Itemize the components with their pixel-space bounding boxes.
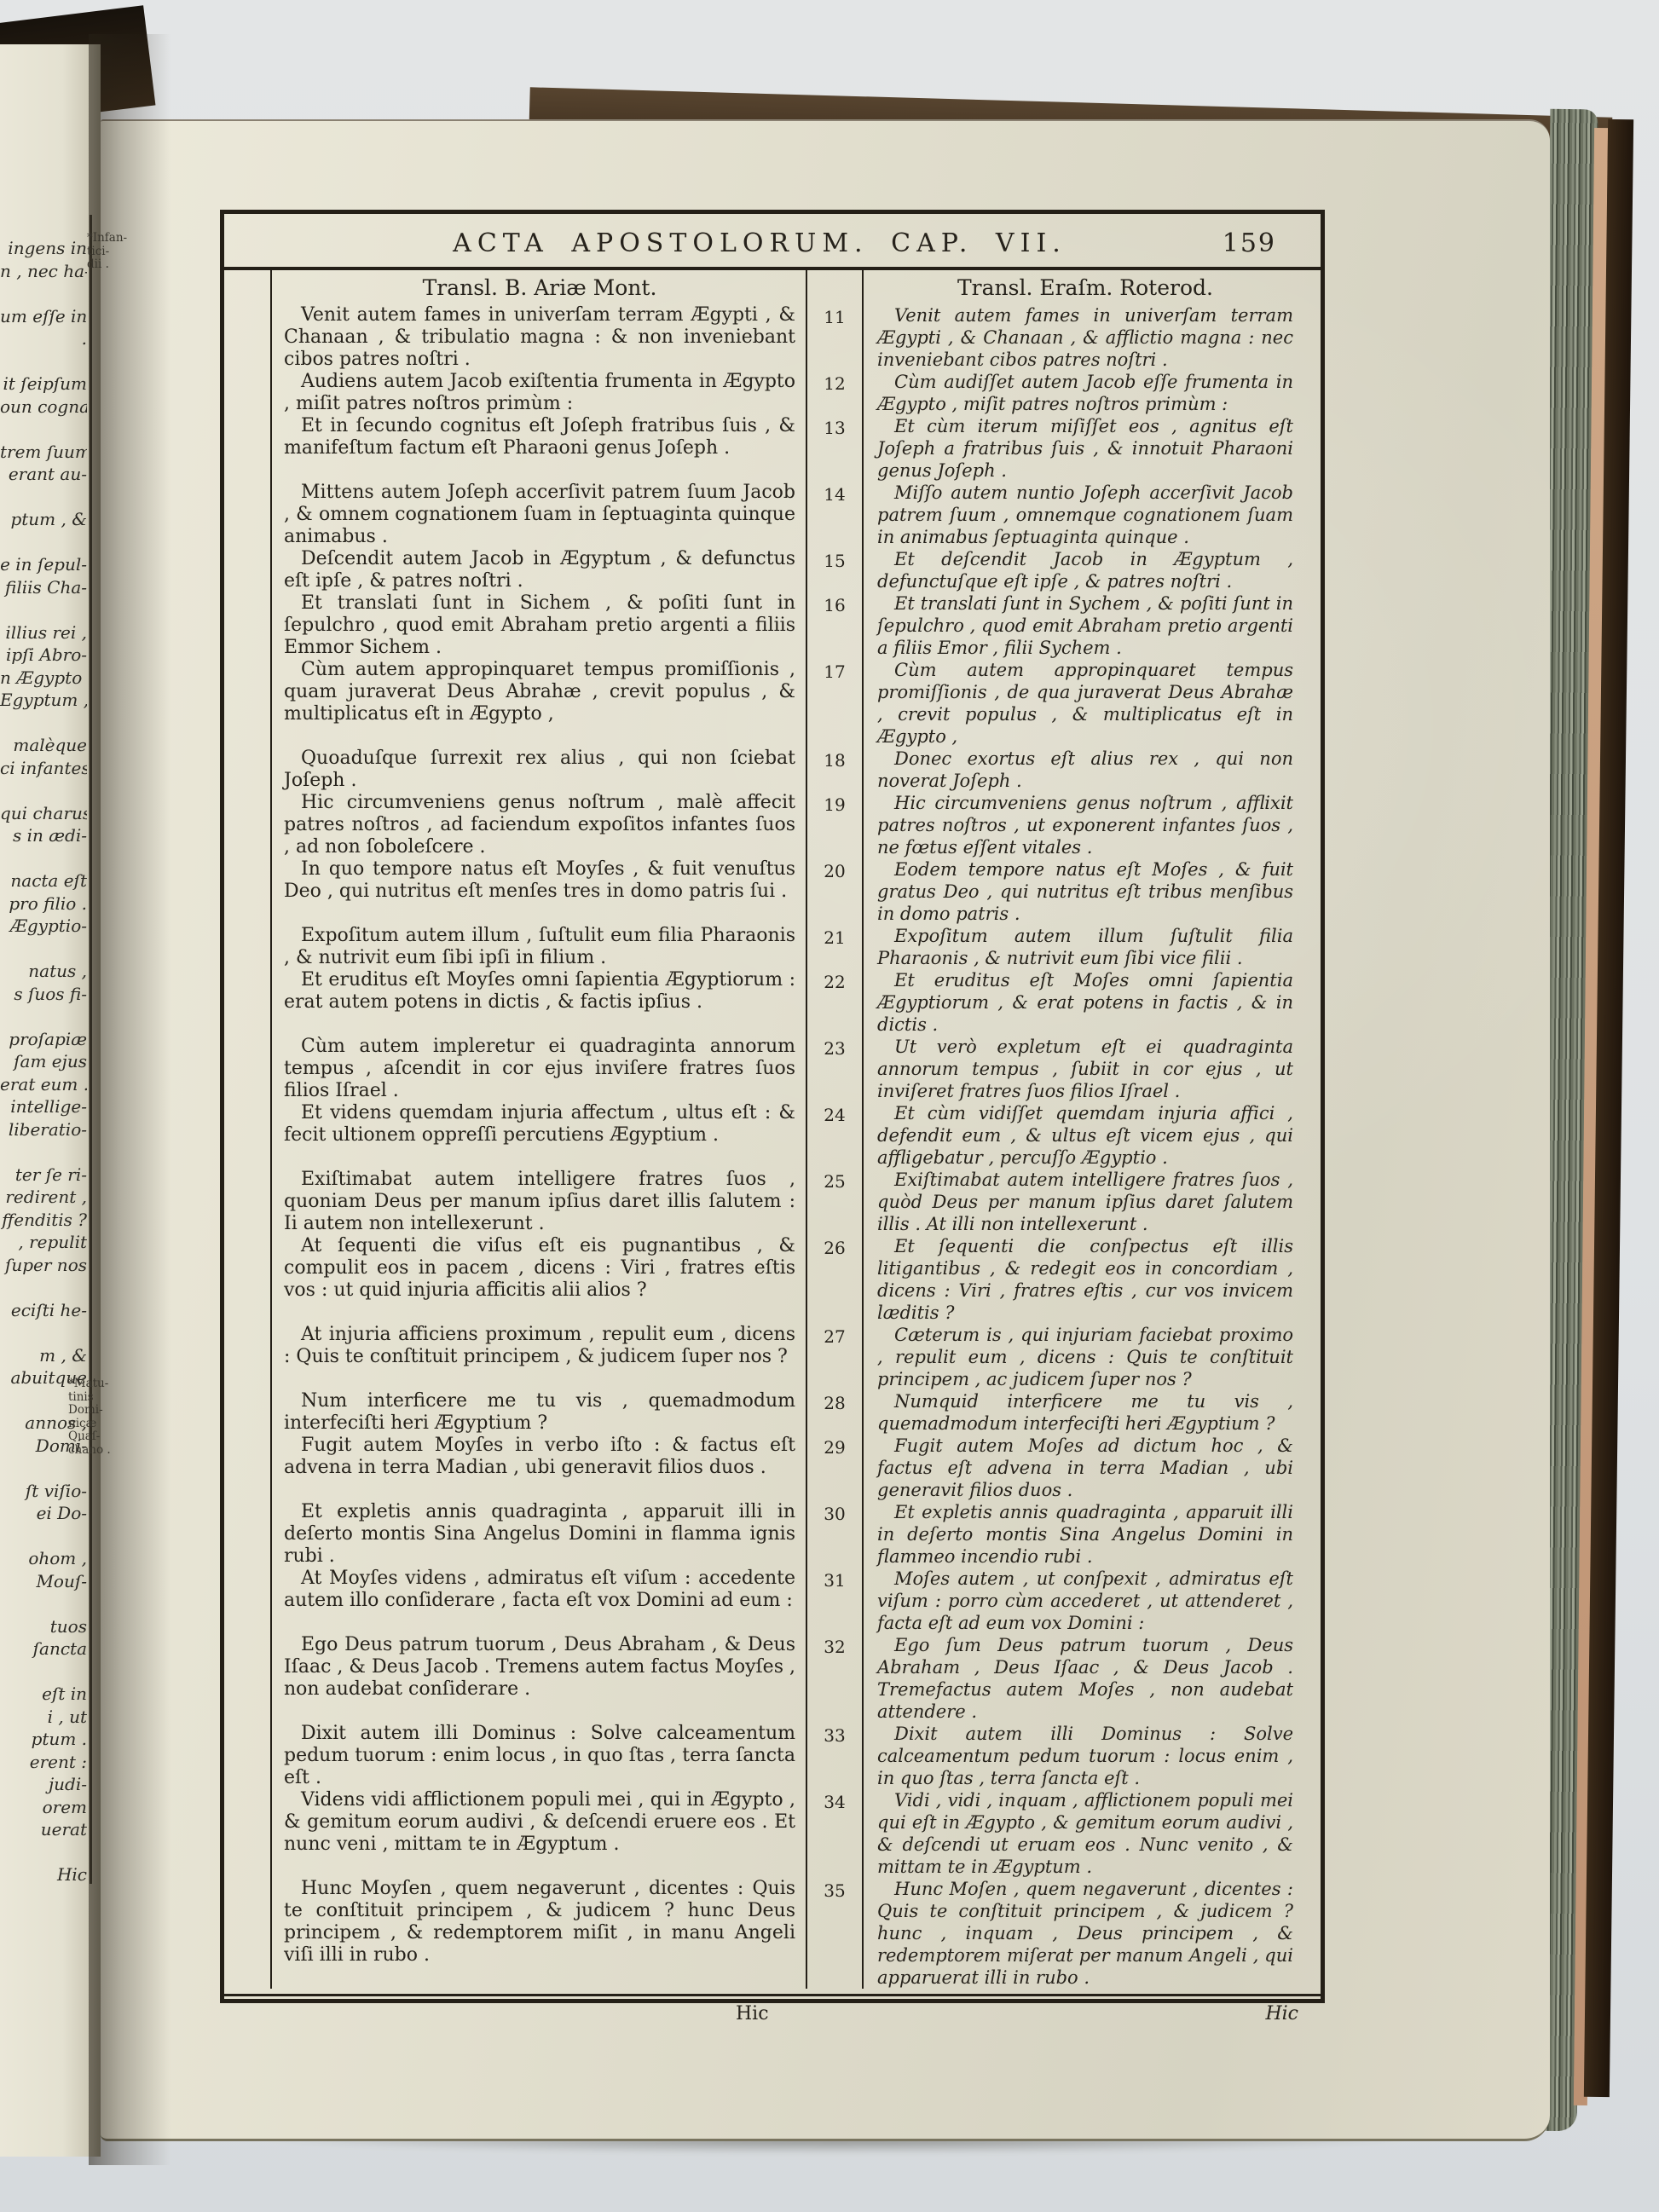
- verse-left-text: Cùm autem impleretur ei quadraginta anno…: [224, 1036, 807, 1102]
- verse-right-text: Cùm audiſſet autem Jacob eſſe frumenta i…: [864, 371, 1309, 415]
- left-column-heading: Transl. B. Ariæ Mont.: [224, 270, 807, 304]
- verse-number: 35: [807, 1878, 864, 1989]
- facing-page-fragment: n Ægypto ,: [0, 667, 87, 690]
- book-photo-scene: ingens inn , nec ha- um eſſe in. it ſeip…: [0, 0, 1659, 2212]
- facing-page-fragment: e in ſepul-: [0, 553, 87, 576]
- facing-page-fragment: ei Do-: [0, 1502, 87, 1525]
- verse-number: 16: [807, 592, 864, 659]
- facing-page-fragment: [0, 847, 87, 870]
- verse-right-text: Et cùm iterum miſiſſet eos , agnitus eſt…: [864, 415, 1309, 482]
- verse-number: 19: [807, 792, 864, 858]
- facing-page-fragment: s in ædi-: [0, 824, 87, 847]
- verse-left-text: In quo tempore natus eſt Moyſes , & fuit…: [224, 858, 807, 925]
- verse-right-text: Et deſcendit Jacob in Ægyptum , defunctu…: [864, 548, 1309, 592]
- facing-page-fragment: [0, 1141, 87, 1164]
- facing-page-fragment: illius rei ,: [0, 621, 87, 644]
- margin-note-line: Quaſ-: [68, 1430, 111, 1444]
- verse-number: 34: [807, 1789, 864, 1878]
- verse-right-text: Miſſo autem nuntio Joſeph accerſivit Jac…: [864, 482, 1309, 548]
- verse-number: 15: [807, 548, 864, 592]
- parallel-columns: Transl. B. Ariæ Mont. Transl. Eraſm. Rot…: [224, 270, 1321, 1989]
- facing-page-fragment: judi-: [0, 1773, 87, 1796]
- verse-left-text: Mittens autem Joſeph accerſivit patrem ſ…: [224, 482, 807, 548]
- facing-page-fragment: s ſuos fi-: [0, 983, 87, 1006]
- page-number: 159: [1193, 228, 1321, 258]
- facing-page-fragment: ptum , &: [0, 508, 87, 531]
- facing-page-fragment: [0, 1660, 87, 1684]
- verse-left-text: Quoaduſque ſurrexit rex alius , qui non …: [224, 748, 807, 792]
- facing-page-fragment: Egyptum ,: [0, 689, 87, 712]
- facing-page-fragment: qui charus: [0, 802, 87, 825]
- verse-right-text: Dixit autem illi Dominus : Solve calceam…: [864, 1723, 1309, 1789]
- facing-page-fragment: [0, 1276, 87, 1299]
- verse-left-text: Fugit autem Moyſes in verbo iſto : & fac…: [224, 1435, 807, 1501]
- facing-page-fragment: Mouſ-: [0, 1570, 87, 1593]
- verse-left-text: Et videns quemdam injuria affectum , ult…: [224, 1102, 807, 1169]
- facing-page-fragment: ohom ,: [0, 1547, 87, 1570]
- facing-page-sliver: ingens inn , nec ha- um eſſe in. it ſeip…: [0, 44, 101, 2157]
- facing-page-fragment: eſt in: [0, 1683, 87, 1706]
- verse-left-text: At Moyſes videns , admiratus eſt viſum :…: [224, 1568, 807, 1634]
- verse-number: 32: [807, 1634, 864, 1723]
- facing-page-text-fragments: ingens inn , nec ha- um eſſe in. it ſeip…: [0, 237, 87, 1886]
- margin-note-line: *Infan-: [87, 232, 127, 245]
- verse-right-text: Et eruditus eſt Moſes omni ſapientia Ægy…: [864, 969, 1309, 1036]
- verse-number: 24: [807, 1102, 864, 1169]
- facing-page-fragment: um eſſe in: [0, 305, 87, 328]
- verse-number: 23: [807, 1036, 864, 1102]
- verse-number: 14: [807, 482, 864, 548]
- verse-left-text: Dixit autem illi Dominus : Solve calceam…: [224, 1723, 807, 1789]
- facing-page-fragment: intellige-: [0, 1095, 87, 1118]
- book-page: ACTA APOSTOLORUM. CAP. VII. 159 Transl. …: [101, 119, 1550, 2141]
- facing-page-fragment: nacta eſt: [0, 869, 87, 892]
- facing-page-fragment: [0, 938, 87, 961]
- facing-page-fragment: trem ſuum: [0, 441, 87, 464]
- facing-page-fragment: tuos: [0, 1615, 87, 1638]
- verse-right-text: Et expletis annis quadraginta , apparuit…: [864, 1501, 1309, 1568]
- verse-number: 31: [807, 1568, 864, 1634]
- facing-page-fragment: eciſti he-: [0, 1299, 87, 1322]
- running-head: ACTA APOSTOLORUM. CAP. VII. 159: [224, 214, 1321, 267]
- verse-right-text: Venit autem fames in univerſam terram Æg…: [864, 304, 1309, 371]
- facing-page-fragment: [0, 1525, 87, 1548]
- facing-page-fragment: proſapiæ: [0, 1028, 87, 1051]
- verse-left-text: Hunc Moyſen , quem negaverunt , dicentes…: [224, 1878, 807, 1989]
- facing-page-fragment: it ſeipſum: [0, 373, 87, 396]
- facing-page-fragment: erant au-: [0, 463, 87, 486]
- facing-page-fragment: erent :: [0, 1751, 87, 1774]
- facing-page-fragment: [0, 1005, 87, 1028]
- margin-note-line: tici-: [87, 245, 127, 259]
- facing-page-fragment: ſam ejus: [0, 1050, 87, 1073]
- facing-page-fragment: ſt viſio-: [0, 1480, 87, 1503]
- verse-right-text: Cùm autem appropinquaret tempus promiſſi…: [864, 659, 1309, 748]
- facing-page-fragment: [0, 1592, 87, 1615]
- verse-left-text: Et translati ſunt in Sichem , & poſiti ſ…: [224, 592, 807, 659]
- margin-note-matutinis: *Matu-tinisDomi-nicæQuaſ-chano .: [68, 1377, 111, 1457]
- catchword-row: Hic Hic: [224, 1996, 1321, 2034]
- facing-page-fragment: n , nec ha-: [0, 260, 87, 283]
- verse-number: 12: [807, 371, 864, 415]
- verse-right-text: Et cùm vidiſſet quemdam injuria affici ,…: [864, 1102, 1309, 1169]
- verse-left-text: Et expletis annis quadraginta , apparuit…: [224, 1501, 807, 1568]
- verse-left-text: Cùm autem appropinquaret tempus promiſſi…: [224, 659, 807, 748]
- verse-gutter-heading: [807, 270, 864, 304]
- verse-right-text: Cæterum is , qui injuriam faciebat proxi…: [864, 1324, 1309, 1390]
- facing-page-fragment: ſancta: [0, 1637, 87, 1660]
- verse-number: 11: [807, 304, 864, 371]
- verse-left-text: Audiens autem Jacob exiſtentia frumenta …: [224, 371, 807, 415]
- margin-note-line: Domi-: [68, 1404, 111, 1418]
- running-title: ACTA APOSTOLORUM. CAP. VII.: [224, 228, 1193, 258]
- verse-right-text: Hunc Moſen , quem negaverunt , dicentes …: [864, 1878, 1309, 1989]
- facing-page-fragment: filiis Cha-: [0, 576, 87, 599]
- verse-left-text: Ego Deus patrum tuorum , Deus Abraham , …: [224, 1634, 807, 1723]
- verse-number: 13: [807, 415, 864, 482]
- verse-right-text: Donec exortus eſt alius rex , qui non no…: [864, 748, 1309, 792]
- verse-left-text: Num interficere me tu vis , quemadmodum …: [224, 1390, 807, 1435]
- verse-left-text: Et eruditus eſt Moyſes omni ſapientia Æg…: [224, 969, 807, 1036]
- margin-note-line: tinis: [68, 1391, 111, 1405]
- facing-page-fragment: [0, 350, 87, 373]
- facing-page-fragment: [0, 282, 87, 305]
- facing-page-fragment: Ægyptio-: [0, 915, 87, 938]
- facing-page-fragment: ffenditis ?: [0, 1209, 87, 1232]
- facing-page-fragment: redirent ,: [0, 1186, 87, 1209]
- verse-right-text: Hic circumveniens genus noſtrum , afflix…: [864, 792, 1309, 858]
- verse-number: 17: [807, 659, 864, 748]
- margin-note-line: chano .: [68, 1444, 111, 1458]
- facing-page-fragment: [0, 598, 87, 621]
- facing-page-fragment: orem: [0, 1796, 87, 1819]
- verse-right-text: Exiſtimabat autem intelligere fratres ſu…: [864, 1169, 1309, 1235]
- facing-page-fragment: erat eum .: [0, 1073, 87, 1096]
- verse-left-text: Expoſitum autem illum , ſuſtulit eum fil…: [224, 925, 807, 969]
- verse-left-text: Venit autem fames in univerſam terram Æg…: [224, 304, 807, 371]
- verse-left-text: Deſcendit autem Jacob in Ægyptum , & def…: [224, 548, 807, 592]
- verse-number: 20: [807, 858, 864, 925]
- verse-right-text: Ego ſum Deus patrum tuorum , Deus Abraha…: [864, 1634, 1309, 1723]
- verse-number: 30: [807, 1501, 864, 1568]
- facing-page-fragment: , repulit: [0, 1231, 87, 1254]
- verse-right-text: Moſes autem , ut conſpexit , admiratus e…: [864, 1568, 1309, 1634]
- facing-page-fragment: [0, 779, 87, 802]
- verse-right-text: Fugit autem Moſes ad dictum hoc , & fact…: [864, 1435, 1309, 1501]
- facing-page-fragment: oun cogna-: [0, 396, 87, 419]
- facing-page-fragment: ptum .: [0, 1728, 87, 1751]
- verse-number: 33: [807, 1723, 864, 1789]
- facing-page-fragment: [0, 1321, 87, 1344]
- facing-page-fragment: [0, 1841, 87, 1864]
- facing-page-fragment: Hic: [0, 1863, 87, 1886]
- facing-page-fragment: liberatio-: [0, 1118, 87, 1141]
- facing-page-fragment: ipſi Abro-: [0, 644, 87, 667]
- facing-page-fragment: [0, 531, 87, 554]
- verse-left-text: Videns vidi afflictionem populi mei , qu…: [224, 1789, 807, 1878]
- verse-right-text: Ut verò expletum eſt ei quadraginta anno…: [864, 1036, 1309, 1102]
- facing-page-fragment: m , &: [0, 1344, 87, 1367]
- printed-frame: ACTA APOSTOLORUM. CAP. VII. 159 Transl. …: [220, 210, 1325, 2003]
- facing-page-fragment: natus ,: [0, 960, 87, 983]
- facing-page-fragment: pro filio .: [0, 892, 87, 915]
- margin-note-line: *Matu-: [68, 1377, 111, 1391]
- margin-note-infanticidii: *Infan-tici-dii .: [87, 232, 127, 272]
- verse-number: 26: [807, 1235, 864, 1324]
- facing-page-fragment: malèque: [0, 734, 87, 757]
- facing-page-fragment: [0, 418, 87, 441]
- facing-page-fragment: ſuper nos: [0, 1254, 87, 1277]
- verse-right-text: Vidi , vidi , inquam , afflictionem popu…: [864, 1789, 1309, 1878]
- margin-note-line: nicæ: [68, 1418, 111, 1431]
- facing-page-fragment: uerat: [0, 1818, 87, 1841]
- facing-page-fragment: ingens in: [0, 237, 87, 260]
- facing-page-fragment: i , ut: [0, 1706, 87, 1729]
- catchword-right: Hic: [1265, 2003, 1298, 2024]
- facing-page-fragment: ter ſe ri-: [0, 1164, 87, 1187]
- verse-left-text: Exiſtimabat autem intelligere fratres ſu…: [224, 1169, 807, 1235]
- margin-note-line: dii .: [87, 258, 127, 272]
- verse-left-text: At injuria afficiens proximum , repulit …: [224, 1324, 807, 1390]
- facing-page-fragment: [0, 712, 87, 735]
- facing-page-frame-rule: [90, 215, 92, 1884]
- catchword-left: Hic: [736, 2003, 769, 2024]
- facing-page-fragment: .: [0, 327, 87, 350]
- verse-right-text: Numquid interficere me tu vis , quemadmo…: [864, 1390, 1309, 1435]
- facing-page-fragment: ci infantes: [0, 757, 87, 780]
- right-column-heading: Transl. Eraſm. Roterod.: [864, 270, 1309, 304]
- verse-number: 22: [807, 969, 864, 1036]
- verse-number: 28: [807, 1390, 864, 1435]
- verse-number: 27: [807, 1324, 864, 1390]
- facing-page-fragment: [0, 1457, 87, 1480]
- verse-number: 18: [807, 748, 864, 792]
- verse-number: 21: [807, 925, 864, 969]
- verse-left-text: At ſequenti die viſus eſt eis pugnantibu…: [224, 1235, 807, 1324]
- verse-number: 25: [807, 1169, 864, 1235]
- verse-right-text: Et ſequenti die conſpectus eſt illis lit…: [864, 1235, 1309, 1324]
- verse-left-text: Et in ſecundo cognitus eſt Joſeph fratri…: [224, 415, 807, 482]
- verse-left-text: Hic circumveniens genus noſtrum , malè a…: [224, 792, 807, 858]
- verse-right-text: Expoſitum autem illum ſuſtulit filia Pha…: [864, 925, 1309, 969]
- facing-page-fragment: [0, 486, 87, 509]
- verse-right-text: Et translati ſunt in Sychem , & poſiti ſ…: [864, 592, 1309, 659]
- verse-number: 29: [807, 1435, 864, 1501]
- verse-right-text: Eodem tempore natus eſt Moſes , & fuit g…: [864, 858, 1309, 925]
